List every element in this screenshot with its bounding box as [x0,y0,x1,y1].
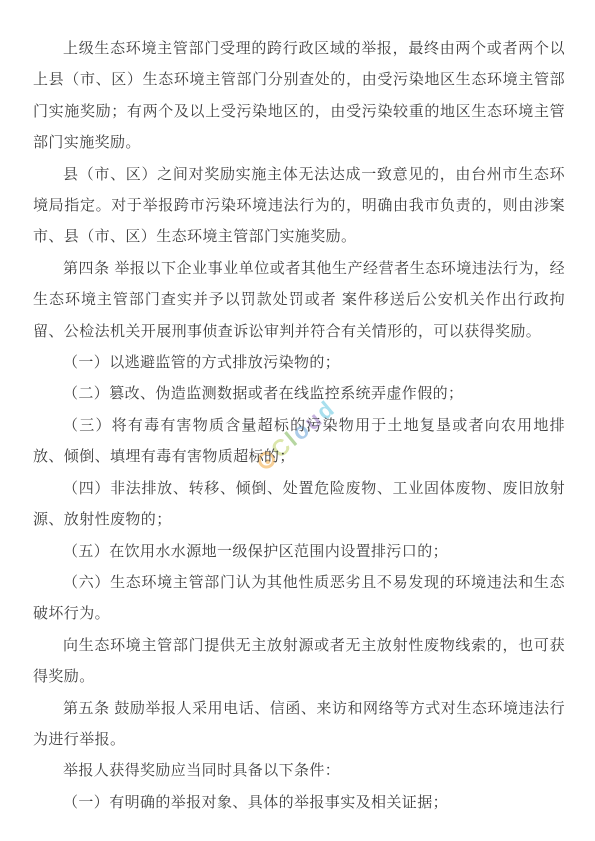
document-page: Cloud 上级生态环境主管部门受理的跨行政区域的举报，最终由两个或者两个以上县… [0,0,595,841]
document-paragraph: 第五条 鼓励举报人采用电话、信函、来访和网络等方式对生态环境违法行为进行举报。 [33,693,565,756]
document-paragraph: 上级生态环境主管部门受理的跨行政区域的举报，最终由两个或者两个以上县（市、区）生… [33,33,565,159]
document-paragraph: （一）以逃避监管的方式排放污染物的； [33,347,565,378]
document-paragraph: 第四条 举报以下企业事业单位或者其他生产经营者生态环境违法行为，经生态环境主管部… [33,253,565,347]
document-paragraph: 举报人获得奖励应当同时具备以下条件： [33,755,565,786]
document-paragraph: 县（市、区）之间对奖励实施主体无法达成一致意见的，由台州市生态环境局指定。对于举… [33,159,565,253]
document-paragraph: （四）非法排放、转移、倾倒、处置危险废物、工业固体废物、废旧放射源、放射性废物的… [33,473,565,536]
document-paragraph: （二）篡改、伪造监测数据或者在线监控系统弄虚作假的； [33,378,565,409]
document-paragraph: （三）将有毒有害物质含量超标的污染物用于土地复垦或者向农用地排放、倾倒、填埋有毒… [33,410,565,473]
document-paragraph: （五）在饮用水水源地一级保护区范围内设置排污口的； [33,536,565,567]
document-body: 上级生态环境主管部门受理的跨行政区域的举报，最终由两个或者两个以上县（市、区）生… [33,33,565,818]
document-paragraph: （六）生态环境主管部门认为其他性质恶劣且不易发现的环境违法和生态破坏行为。 [33,567,565,630]
document-paragraph: （一）有明确的举报对象、具体的举报事实及相关证据； [33,787,565,818]
document-paragraph: 向生态环境主管部门提供无主放射源或者无主放射性废物线索的，也可获得奖励。 [33,630,565,693]
